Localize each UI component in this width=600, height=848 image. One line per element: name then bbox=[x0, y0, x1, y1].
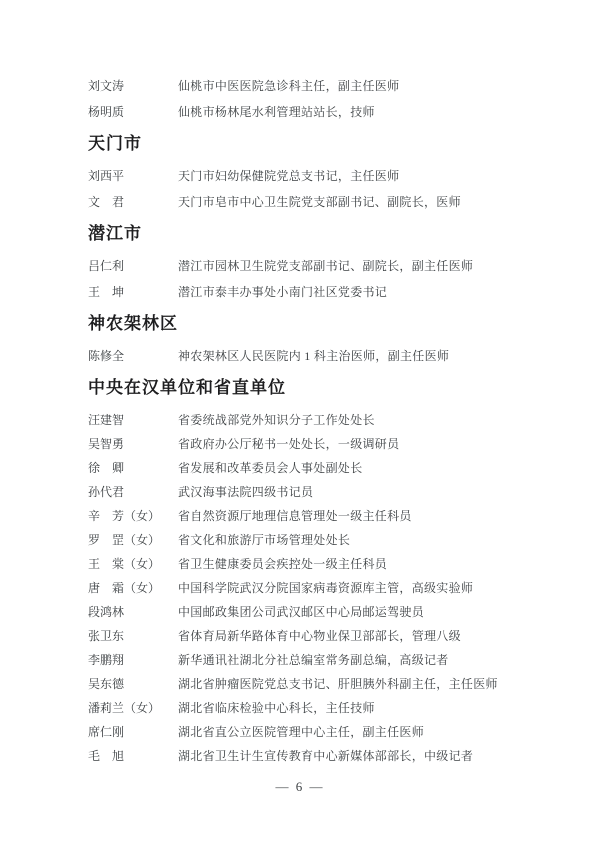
section: 神农架林区陈修全神农架林区人民医院内 1 科主治医师，副主任医师 bbox=[88, 312, 550, 363]
entry-row: 李鹏翔新华通讯社湖北分社总编室常务副总编，高级记者 bbox=[88, 654, 550, 667]
entry-row: 王 棠（女）省卫生健康委员会疾控处一级主任科员 bbox=[88, 558, 550, 571]
person-name: 杨明质 bbox=[88, 106, 178, 119]
person-position: 省政府办公厅秘书一处处长，一级调研员 bbox=[178, 438, 550, 451]
person-name: 李鹏翔 bbox=[88, 654, 178, 667]
person-name: 王 坤 bbox=[88, 286, 178, 299]
person-position: 中国科学院武汉分院国家病毒资源库主管，高级实验师 bbox=[178, 582, 550, 595]
person-name: 孙代君 bbox=[88, 486, 178, 499]
entry-row: 吕仁利潜江市园林卫生院党支部副书记、副院长，副主任医师 bbox=[88, 260, 550, 273]
person-position: 省卫生健康委员会疾控处一级主任科员 bbox=[178, 558, 550, 571]
entry-row: 徐 卿省发展和改革委员会人事处副处长 bbox=[88, 462, 550, 475]
person-name: 罗 罡（女） bbox=[88, 534, 178, 547]
person-name: 王 棠（女） bbox=[88, 558, 178, 571]
person-position: 天门市妇幼保健院党总支书记，主任医师 bbox=[178, 170, 550, 183]
entry-row: 陈修全神农架林区人民医院内 1 科主治医师，副主任医师 bbox=[88, 350, 550, 363]
entry-row: 王 坤潜江市泰丰办事处小南门社区党委书记 bbox=[88, 286, 550, 299]
entry-row: 毛 旭湖北省卫生计生宣传教育中心新媒体部部长，中级记者 bbox=[88, 750, 550, 763]
person-position: 湖北省肿瘤医院党总支书记、肝胆胰外科副主任，主任医师 bbox=[178, 678, 550, 691]
person-name: 吕仁利 bbox=[88, 260, 178, 273]
section: 天门市刘西平天门市妇幼保健院党总支书记，主任医师文 君天门市皂市中心卫生院党支部… bbox=[88, 132, 550, 209]
person-name: 陈修全 bbox=[88, 350, 178, 363]
section-header: 神农架林区 bbox=[88, 312, 550, 336]
person-name: 唐 霜（女） bbox=[88, 582, 178, 595]
entry-row: 吴东德湖北省肿瘤医院党总支书记、肝胆胰外科副主任，主任医师 bbox=[88, 678, 550, 691]
section: 潜江市吕仁利潜江市园林卫生院党支部副书记、副院长，副主任医师王 坤潜江市泰丰办事… bbox=[88, 222, 550, 299]
person-position: 潜江市泰丰办事处小南门社区党委书记 bbox=[178, 286, 550, 299]
section-header: 天门市 bbox=[88, 132, 550, 156]
entry-row: 杨明质仙桃市杨林尾水利管理站站长，技师 bbox=[88, 106, 550, 119]
person-position: 天门市皂市中心卫生院党支部副书记、副院长，医师 bbox=[178, 196, 550, 209]
person-position: 神农架林区人民医院内 1 科主治医师，副主任医师 bbox=[178, 350, 550, 363]
person-position: 省文化和旅游厅市场管理处处长 bbox=[178, 534, 550, 547]
entry-row: 吴智勇省政府办公厅秘书一处处长，一级调研员 bbox=[88, 438, 550, 451]
person-name: 刘西平 bbox=[88, 170, 178, 183]
person-name: 汪建智 bbox=[88, 414, 178, 427]
entry-row: 刘西平天门市妇幼保健院党总支书记，主任医师 bbox=[88, 170, 550, 183]
person-name: 段鸿林 bbox=[88, 606, 178, 619]
person-position: 省自然资源厅地理信息管理处一级主任科员 bbox=[178, 510, 550, 523]
person-position: 仙桃市中医医院急诊科主任，副主任医师 bbox=[178, 80, 550, 93]
entry-row: 段鸿林中国邮政集团公司武汉邮区中心局邮运驾驶员 bbox=[88, 606, 550, 619]
entry-row: 刘文涛仙桃市中医医院急诊科主任，副主任医师 bbox=[88, 80, 550, 93]
person-position: 武汉海事法院四级书记员 bbox=[178, 486, 550, 499]
entry-row: 孙代君武汉海事法院四级书记员 bbox=[88, 486, 550, 499]
person-name: 毛 旭 bbox=[88, 750, 178, 763]
person-position: 湖北省卫生计生宣传教育中心新媒体部部长，中级记者 bbox=[178, 750, 550, 763]
section: 中央在汉单位和省直单位汪建智省委统战部党外知识分子工作处处长吴智勇省政府办公厅秘… bbox=[88, 376, 550, 763]
entry-row: 唐 霜（女）中国科学院武汉分院国家病毒资源库主管，高级实验师 bbox=[88, 582, 550, 595]
entry-row: 潘莉兰（女）湖北省临床检验中心科长，主任技师 bbox=[88, 702, 550, 715]
person-name: 辛 芳（女） bbox=[88, 510, 178, 523]
person-name: 刘文涛 bbox=[88, 80, 178, 93]
entry-row: 罗 罡（女）省文化和旅游厅市场管理处处长 bbox=[88, 534, 550, 547]
page-number: — 6 — bbox=[0, 779, 600, 795]
person-position: 省体育局新华路体育中心物业保卫部部长，管理八级 bbox=[178, 630, 550, 643]
person-name: 文 君 bbox=[88, 196, 178, 209]
entry-row: 席仁刚湖北省直公立医院管理中心主任，副主任医师 bbox=[88, 726, 550, 739]
document-page: 刘文涛仙桃市中医医院急诊科主任，副主任医师杨明质仙桃市杨林尾水利管理站站长，技师… bbox=[0, 0, 600, 848]
person-position: 省发展和改革委员会人事处副处长 bbox=[178, 462, 550, 475]
entry-row: 张卫东省体育局新华路体育中心物业保卫部部长，管理八级 bbox=[88, 630, 550, 643]
person-position: 湖北省临床检验中心科长，主任技师 bbox=[178, 702, 550, 715]
person-position: 中国邮政集团公司武汉邮区中心局邮运驾驶员 bbox=[178, 606, 550, 619]
person-position: 仙桃市杨林尾水利管理站站长，技师 bbox=[178, 106, 550, 119]
person-name: 席仁刚 bbox=[88, 726, 178, 739]
document-body: 刘文涛仙桃市中医医院急诊科主任，副主任医师杨明质仙桃市杨林尾水利管理站站长，技师… bbox=[88, 80, 550, 763]
entry-row: 辛 芳（女）省自然资源厅地理信息管理处一级主任科员 bbox=[88, 510, 550, 523]
section-header: 潜江市 bbox=[88, 222, 550, 246]
section: 刘文涛仙桃市中医医院急诊科主任，副主任医师杨明质仙桃市杨林尾水利管理站站长，技师 bbox=[88, 80, 550, 119]
person-position: 新华通讯社湖北分社总编室常务副总编，高级记者 bbox=[178, 654, 550, 667]
person-name: 张卫东 bbox=[88, 630, 178, 643]
person-name: 徐 卿 bbox=[88, 462, 178, 475]
entry-row: 汪建智省委统战部党外知识分子工作处处长 bbox=[88, 414, 550, 427]
person-name: 吴东德 bbox=[88, 678, 178, 691]
section-header: 中央在汉单位和省直单位 bbox=[88, 376, 550, 400]
person-position: 湖北省直公立医院管理中心主任，副主任医师 bbox=[178, 726, 550, 739]
person-position: 潜江市园林卫生院党支部副书记、副院长，副主任医师 bbox=[178, 260, 550, 273]
entry-row: 文 君天门市皂市中心卫生院党支部副书记、副院长，医师 bbox=[88, 196, 550, 209]
person-name: 潘莉兰（女） bbox=[88, 702, 178, 715]
person-position: 省委统战部党外知识分子工作处处长 bbox=[178, 414, 550, 427]
person-name: 吴智勇 bbox=[88, 438, 178, 451]
